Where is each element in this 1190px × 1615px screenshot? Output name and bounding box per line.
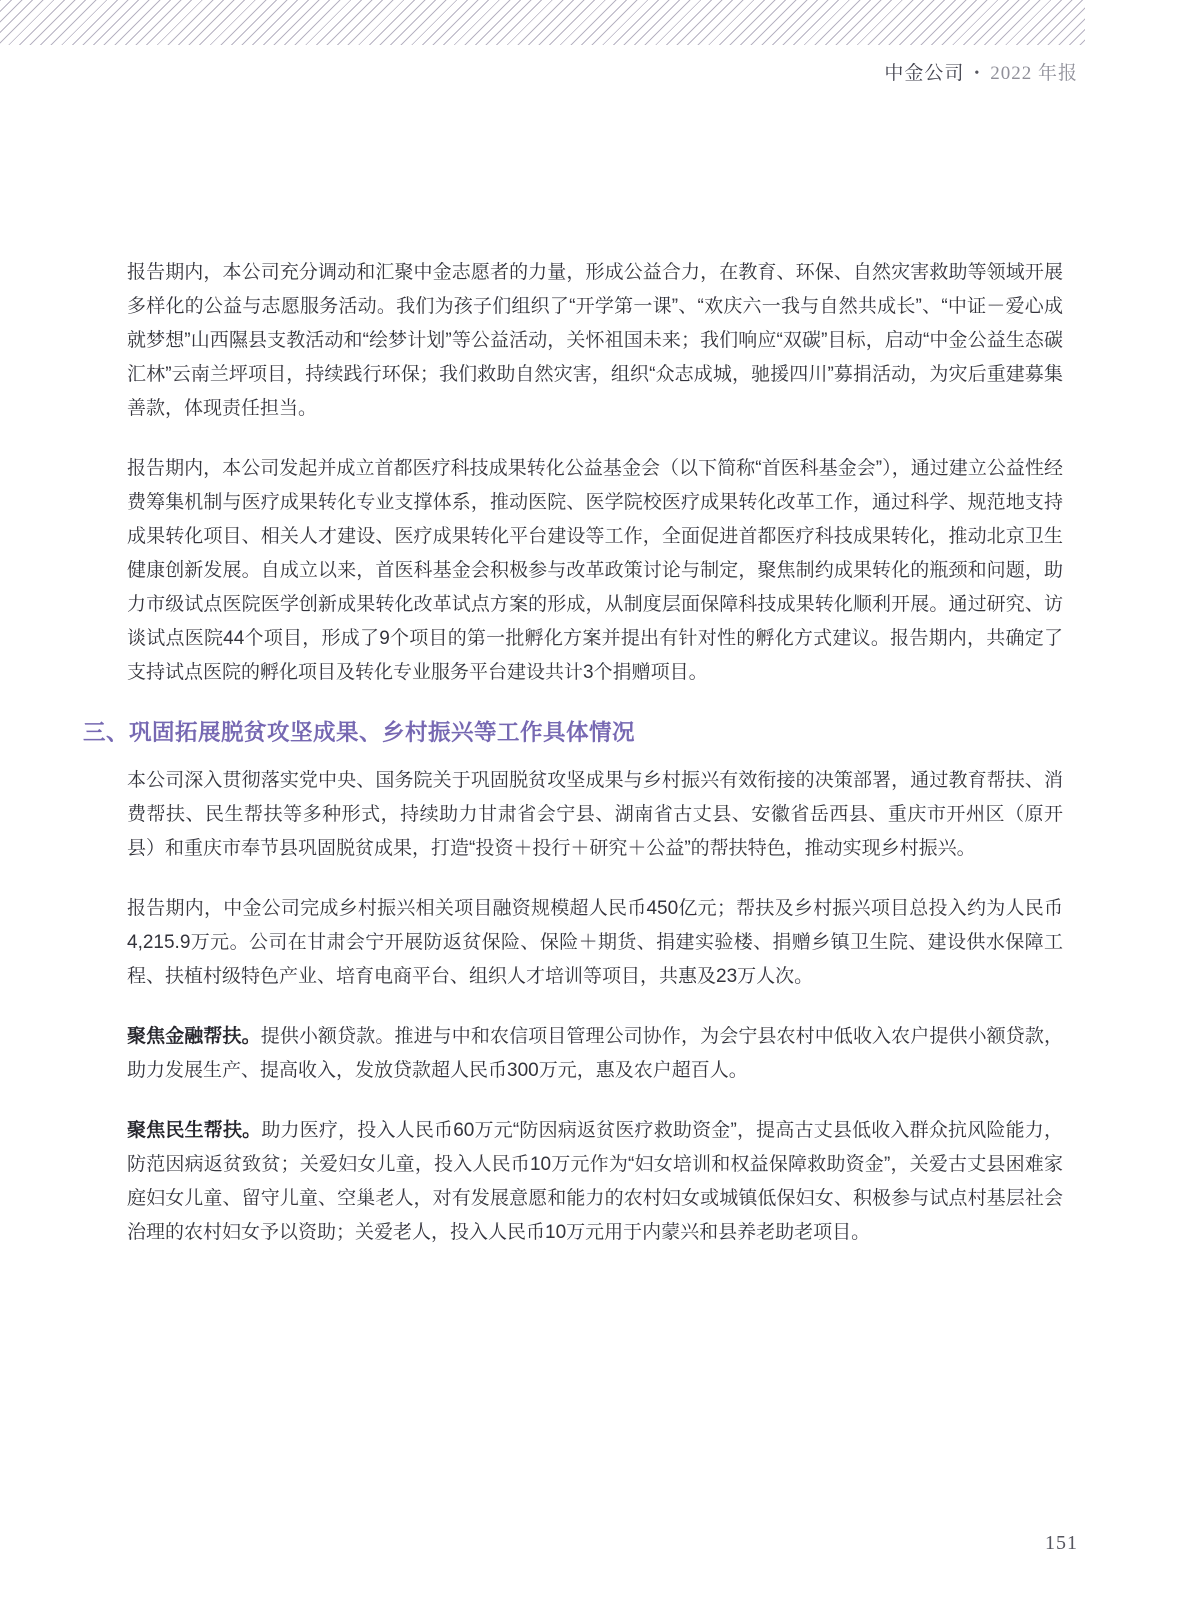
page-number: 151 xyxy=(1045,1532,1078,1555)
paragraph-volunteer-activities: 报告期内，本公司充分调动和汇聚中金志愿者的力量，形成公益合力，在教育、环保、自然… xyxy=(127,256,1063,426)
financial-assistance-text: 提供小额贷款。推进与中和农信项目管理公司协作，为会宁县农村中低收入农户提供小额贷… xyxy=(127,1026,1063,1081)
paragraph-medical-foundation: 报告期内，本公司发起并成立首都医疗科技成果转化公益基金会（以下简称“首医科基金会… xyxy=(127,452,1063,690)
report-page: 中金公司•2022 年报 报告期内，本公司充分调动和汇聚中金志愿者的力量，形成公… xyxy=(0,0,1190,1615)
paragraph-policy-implementation: 本公司深入贯彻落实党中央、国务院关于巩固脱贫攻坚成果与乡村振兴有效衔接的决策部署… xyxy=(127,764,1063,866)
paragraph-rural-investment: 报告期内，中金公司完成乡村振兴相关项目融资规模超人民币450亿元；帮扶及乡村振兴… xyxy=(127,892,1063,994)
financial-assistance-lead: 聚焦金融帮扶。 xyxy=(127,1026,261,1047)
section-heading-rural-revitalization: 三、巩固拓展脱贫攻坚成果、乡村振兴等工作具体情况 xyxy=(83,718,1063,748)
header-separator-dot: • xyxy=(974,66,980,81)
livelihood-assistance-text: 助力医疗，投入人民币60万元“防因病返贫医疗救助资金”，提高古丈县低收入群众抗风… xyxy=(127,1120,1063,1243)
page-header: 中金公司•2022 年报 xyxy=(884,58,1078,85)
header-company-name: 中金公司 xyxy=(884,63,964,84)
header-report-title: 2022 年报 xyxy=(990,63,1078,84)
paragraph-financial-assistance: 聚焦金融帮扶。提供小额贷款。推进与中和农信项目管理公司协作，为会宁县农村中低收入… xyxy=(127,1020,1063,1088)
paragraph-livelihood-assistance: 聚焦民生帮扶。助力医疗，投入人民币60万元“防因病返贫医疗救助资金”，提高古丈县… xyxy=(127,1114,1063,1250)
decorative-hatch-band xyxy=(0,0,1085,45)
livelihood-assistance-lead: 聚焦民生帮扶。 xyxy=(127,1120,261,1141)
document-body: 报告期内，本公司充分调动和汇聚中金志愿者的力量，形成公益合力，在教育、环保、自然… xyxy=(127,256,1063,1276)
